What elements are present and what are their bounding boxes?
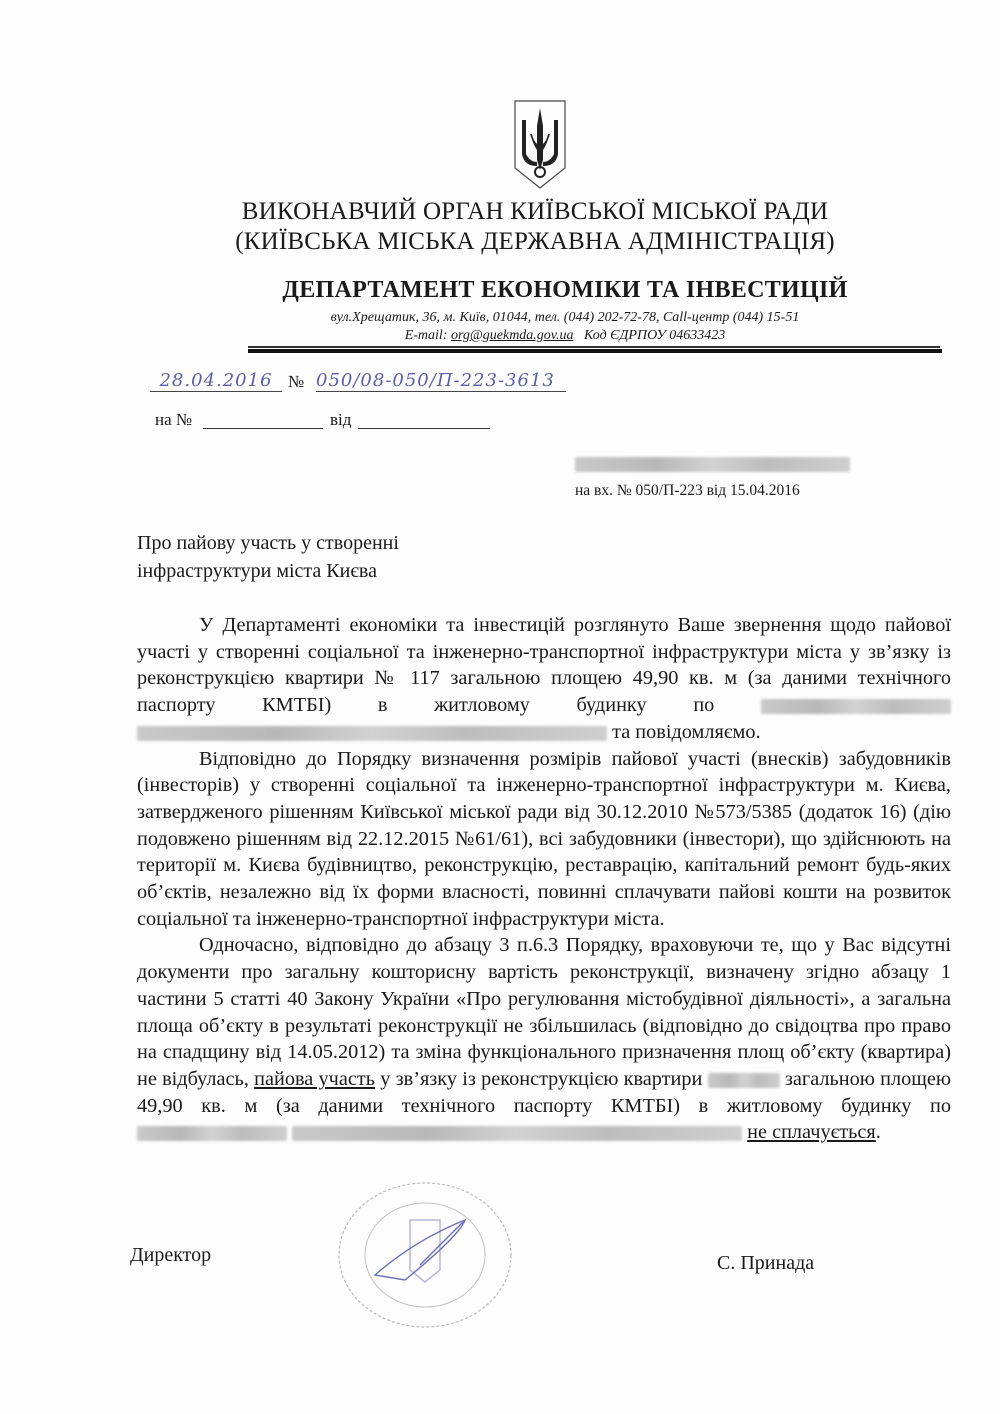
underlined-phrase: пайова участь (254, 1068, 375, 1090)
official-stamp-icon (335, 1180, 515, 1330)
redacted-address (292, 1126, 742, 1141)
subject-line1: Про пайову участь у створенні (137, 529, 399, 557)
header-rule-thick (248, 349, 942, 353)
subject-line2: інфраструктури міста Києва (137, 557, 399, 585)
incoming-reference: на вх. № 050/П-223 від 15.04.2016 (575, 482, 800, 500)
redacted-address (137, 726, 607, 741)
contact-line: E-mail: org@guekmda.gov.ua Код ЄДРПОУ 04… (250, 328, 880, 344)
org-name-line2: (КИЇВСЬКА МІСЬКА ДЕРЖАВНА АДМІНІСТРАЦІЯ) (0, 228, 1000, 256)
number-label: № (288, 372, 304, 392)
letter-body: У Департаменті економіки та інвестицій р… (137, 612, 951, 1146)
department-address: вул.Хрещатик, 36, м. Київ, 01044, тел. (… (250, 310, 880, 326)
from-label: від (330, 410, 351, 430)
paragraph-3: Одночасно, відповідно до абзацу 3 п.6.3 … (137, 932, 951, 1146)
underlined-conclusion: не сплачується (747, 1121, 876, 1143)
from-date-blank (358, 428, 490, 429)
email-link[interactable]: org@guekmda.gov.ua (451, 328, 574, 343)
outgoing-date-handwritten: 28.04.2016 (150, 370, 282, 392)
letter-subject: Про пайову участь у створенні інфраструк… (137, 529, 399, 585)
trident-emblem-icon (512, 98, 568, 190)
header-rule-thin (248, 346, 940, 348)
addressee-redacted (575, 457, 850, 472)
redacted-address (137, 1126, 287, 1141)
paragraph-1: У Департаменті економіки та інвестицій р… (137, 612, 951, 746)
paragraph-2: Відповідно до Порядку визначення розмірі… (137, 746, 951, 933)
org-name-line1: ВИКОНАВЧИЙ ОРГАН КИЇВСЬКОЇ МІСЬКОЇ РАДИ (0, 198, 1000, 226)
redacted-address (761, 699, 951, 714)
department-name: ДЕПАРТАМЕНТ ЕКОНОМІКИ ТА ІНВЕСТИЦІЙ (250, 277, 880, 304)
redacted-apartment-number (708, 1073, 780, 1088)
email-label: E-mail: (405, 328, 451, 343)
reply-to-number-blank (203, 428, 323, 429)
signer-position: Директор (130, 1244, 211, 1267)
edrpou-code: Код ЄДРПОУ 04633423 (584, 328, 725, 343)
signer-name: С. Принада (717, 1252, 814, 1275)
reply-to-label: на № (155, 410, 192, 430)
outgoing-number-handwritten: 050/08-050/П-223-3613 (316, 370, 566, 392)
